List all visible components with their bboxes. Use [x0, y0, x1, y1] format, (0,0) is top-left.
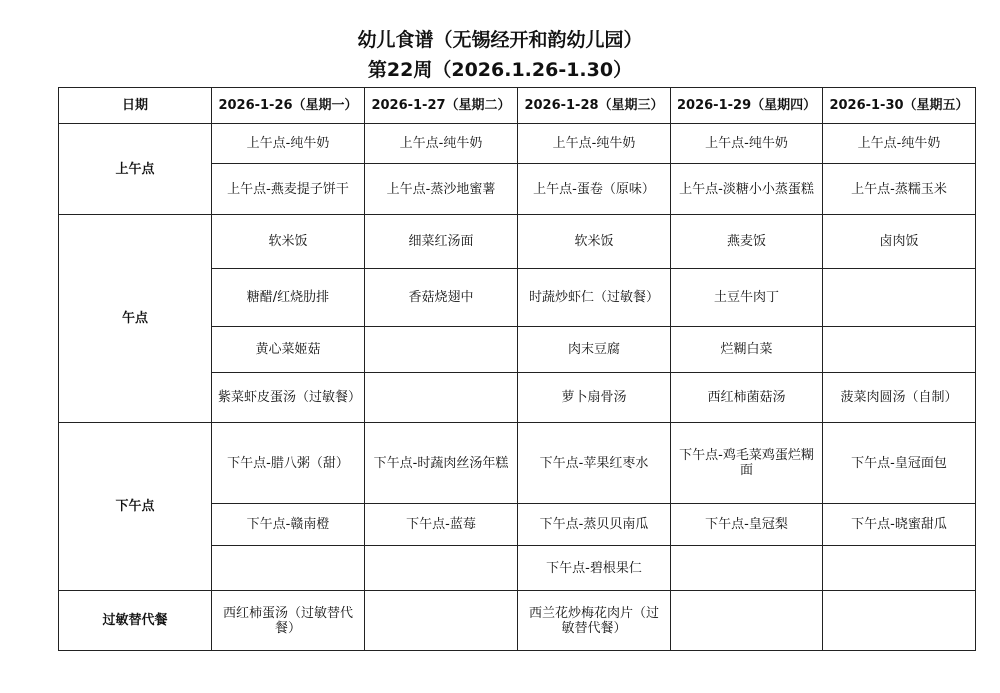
menu-cell: 上午点-蒸沙地蜜薯: [365, 164, 518, 215]
menu-cell: 下午点-晓蜜甜瓜: [823, 504, 976, 546]
menu-cell: 紫菜虾皮蛋汤（过敏餐）: [212, 373, 365, 423]
menu-cell: 香菇烧翅中: [365, 269, 518, 327]
day-header: 2026-1-30（星期五）: [823, 88, 976, 124]
menu-cell: [365, 327, 518, 373]
menu-cell: 菠菜肉圆汤（自制）: [823, 373, 976, 423]
menu-cell: [365, 546, 518, 591]
menu-cell: 上午点-纯牛奶: [518, 124, 671, 164]
section-label-afternoon: 下午点: [59, 423, 212, 591]
menu-cell: 西红柿蛋汤（过敏替代餐）: [212, 591, 365, 651]
menu-cell: 燕麦饭: [671, 215, 823, 269]
menu-cell: [823, 269, 976, 327]
menu-cell: 上午点-纯牛奶: [212, 124, 365, 164]
menu-cell: 糖醋/红烧肋排: [212, 269, 365, 327]
menu-cell: [671, 591, 823, 651]
menu-cell: 上午点-纯牛奶: [671, 124, 823, 164]
menu-cell: 下午点-时蔬肉丝汤年糕: [365, 423, 518, 504]
menu-cell: 时蔬炒虾仁（过敏餐）: [518, 269, 671, 327]
menu-cell: 西兰花炒梅花肉片（过敏替代餐）: [518, 591, 671, 651]
section-label-allergy: 过敏替代餐: [59, 591, 212, 651]
week-subtitle: 第22周（2026.1.26-1.30）: [0, 55, 1000, 82]
menu-cell: 下午点-苹果红枣水: [518, 423, 671, 504]
menu-cell: 上午点-蛋卷（原味）: [518, 164, 671, 215]
menu-cell: [823, 327, 976, 373]
menu-cell: 肉末豆腐: [518, 327, 671, 373]
menu-cell: 上午点-燕麦提子饼干: [212, 164, 365, 215]
menu-cell: 下午点-皇冠面包: [823, 423, 976, 504]
day-header: 2026-1-29（星期四）: [671, 88, 823, 124]
menu-cell: 萝卜扇骨汤: [518, 373, 671, 423]
table-row: 过敏替代餐 西红柿蛋汤（过敏替代餐） 西兰花炒梅花肉片（过敏替代餐）: [59, 591, 976, 651]
menu-cell: 下午点-皇冠梨: [671, 504, 823, 546]
menu-cell: 软米饭: [518, 215, 671, 269]
day-header: 2026-1-26（星期一）: [212, 88, 365, 124]
table-row: 上午点 上午点-纯牛奶 上午点-纯牛奶 上午点-纯牛奶 上午点-纯牛奶 上午点-…: [59, 124, 976, 164]
menu-cell: 下午点-蓝莓: [365, 504, 518, 546]
menu-cell: [365, 591, 518, 651]
section-label-lunch: 午点: [59, 215, 212, 423]
menu-cell: [823, 591, 976, 651]
menu-title: 幼儿食谱（无锡经开和韵幼儿园）: [0, 25, 1000, 52]
menu-cell: 下午点-蒸贝贝南瓜: [518, 504, 671, 546]
header-row: 日期 2026-1-26（星期一） 2026-1-27（星期二） 2026-1-…: [59, 88, 976, 124]
day-header: 2026-1-27（星期二）: [365, 88, 518, 124]
menu-cell: 上午点-纯牛奶: [823, 124, 976, 164]
menu-cell: 黄心菜姬菇: [212, 327, 365, 373]
section-label-morning: 上午点: [59, 124, 212, 215]
date-label: 日期: [59, 88, 212, 124]
menu-cell: [212, 546, 365, 591]
menu-cell: 烂糊白菜: [671, 327, 823, 373]
menu-cell: 软米饭: [212, 215, 365, 269]
menu-cell: 西红柿菌菇汤: [671, 373, 823, 423]
menu-cell: 上午点-蒸糯玉米: [823, 164, 976, 215]
menu-cell: 土豆牛肉丁: [671, 269, 823, 327]
menu-cell: 下午点-腊八粥（甜）: [212, 423, 365, 504]
menu-cell: 下午点-碧根果仁: [518, 546, 671, 591]
day-header: 2026-1-28（星期三）: [518, 88, 671, 124]
menu-cell: 上午点-淡糖小小蒸蛋糕: [671, 164, 823, 215]
table-row: 午点 软米饭 细菜红汤面 软米饭 燕麦饭 卤肉饭: [59, 215, 976, 269]
menu-cell: [823, 546, 976, 591]
menu-table: 日期 2026-1-26（星期一） 2026-1-27（星期二） 2026-1-…: [58, 87, 976, 651]
menu-cell: 下午点-鸡毛菜鸡蛋烂糊面: [671, 423, 823, 504]
menu-cell: [365, 373, 518, 423]
menu-cell: [671, 546, 823, 591]
table-row: 下午点 下午点-腊八粥（甜） 下午点-时蔬肉丝汤年糕 下午点-苹果红枣水 下午点…: [59, 423, 976, 504]
menu-cell: 上午点-纯牛奶: [365, 124, 518, 164]
menu-cell: 下午点-赣南橙: [212, 504, 365, 546]
menu-cell: 细菜红汤面: [365, 215, 518, 269]
menu-cell: 卤肉饭: [823, 215, 976, 269]
